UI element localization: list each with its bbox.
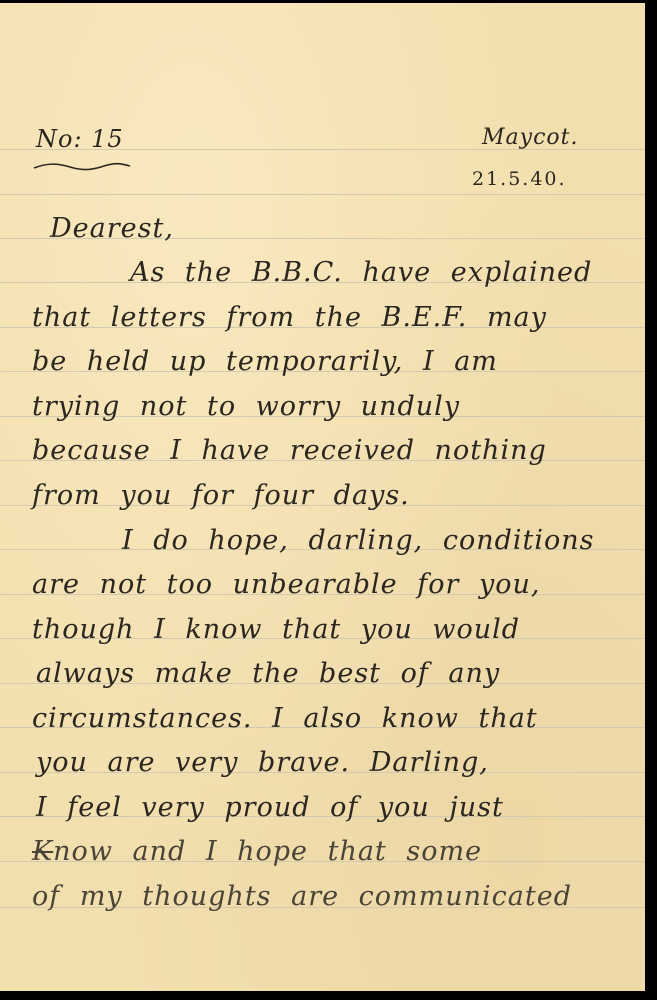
salutation: Dearest, xyxy=(50,215,174,242)
body-line-11: circumstances. I also know that xyxy=(32,705,538,732)
struck-out-letter: K xyxy=(32,836,53,867)
body-line-14-text: now and I hope that some xyxy=(53,836,482,867)
body-line-1: As the B.B.C. have explained xyxy=(130,259,592,286)
letter-number: No: 15 xyxy=(36,127,124,151)
letter-page: No: 15 Maycot. 21.5.40. Dearest, As the … xyxy=(0,3,645,991)
body-line-3: be held up temporarily, I am xyxy=(32,348,498,375)
letter-date: 21.5.40. xyxy=(472,170,567,189)
letter-location: Maycot. xyxy=(482,127,578,149)
body-line-14: Know and I hope that some xyxy=(32,838,482,865)
body-line-9: though I know that you would xyxy=(32,616,520,643)
body-line-13: I feel very proud of you just xyxy=(36,794,504,821)
body-line-7: I do hope, darling, conditions xyxy=(122,527,595,554)
body-line-5: because I have received nothing xyxy=(32,437,547,464)
body-line-8: are not too unbearable for you, xyxy=(32,571,540,598)
body-line-15: of my thoughts are communicated xyxy=(32,883,572,910)
body-line-6: from you for four days. xyxy=(32,482,410,509)
body-line-12: you are very brave. Darling, xyxy=(36,749,489,776)
body-line-10: always make the best of any xyxy=(36,660,500,687)
body-line-4: trying not to worry unduly xyxy=(32,393,460,420)
body-line-2: that letters from the B.E.F. may xyxy=(32,304,547,331)
wavy-underline-icon xyxy=(32,161,132,171)
ruled-line xyxy=(0,194,645,195)
